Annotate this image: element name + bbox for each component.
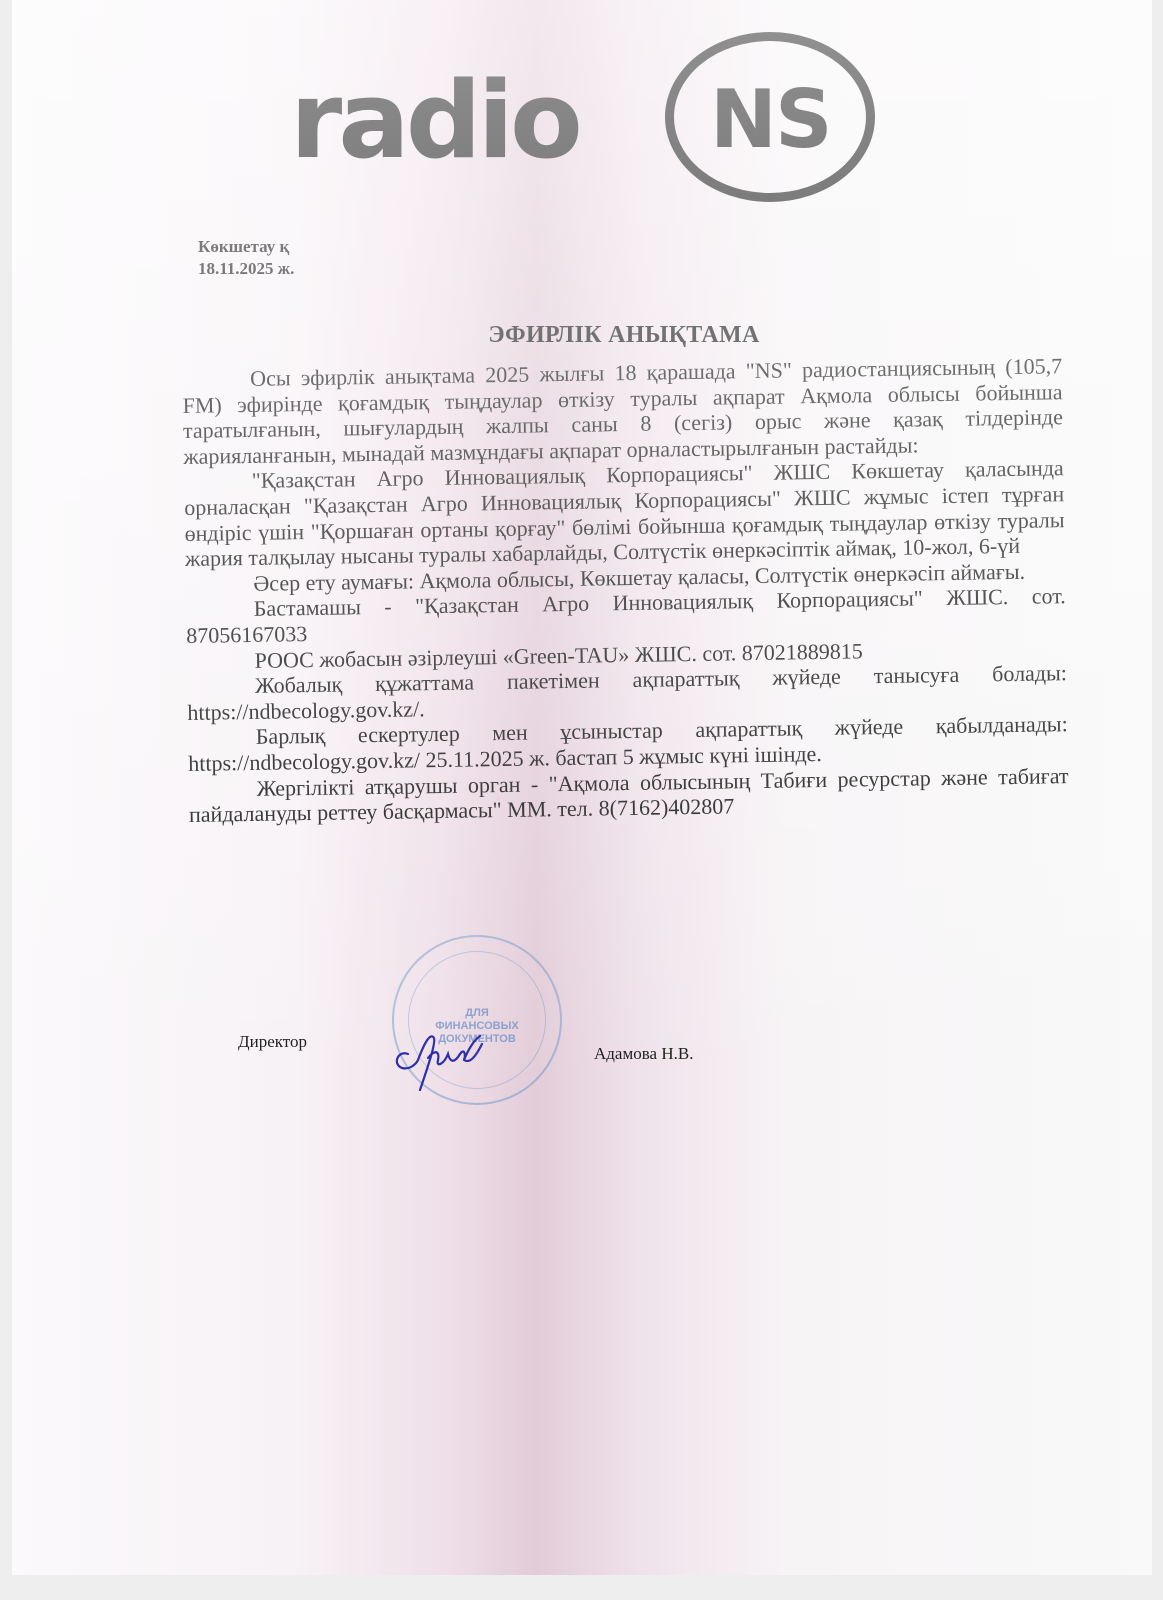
- document-page: radio NS Көкшетау қ 18.11.2025 ж. ЭФИРЛІ…: [12, 0, 1152, 1575]
- document-body: Осы эфирлік анықтама 2025 жылғы 18 қараш…: [182, 353, 1069, 827]
- document-title: ЭФИРЛІК АНЫҚТАМА: [54, 322, 1163, 349]
- director-name: Адамова Н.В.: [594, 1044, 693, 1064]
- logo-ns-text: NS: [710, 80, 831, 160]
- paragraph-announcement: "Қазақстан Агро Инновациялық Корпорацияс…: [184, 456, 1065, 572]
- radio-ns-logo: radio NS: [290, 28, 890, 208]
- paragraph-intro: Осы эфирлік анықтама 2025 жылғы 18 қараш…: [182, 353, 1063, 469]
- city-label: Көкшетау қ: [198, 236, 294, 258]
- director-label: Директор: [238, 1032, 307, 1052]
- signature-row: Директор Адамова Н.В.: [238, 1032, 758, 1092]
- city-date-block: Көкшетау қ 18.11.2025 ж.: [198, 236, 294, 280]
- logo-radio-text: radio: [290, 68, 579, 174]
- stamp-line-1: ДЛЯ: [394, 1007, 560, 1020]
- document-date: 18.11.2025 ж.: [198, 258, 294, 280]
